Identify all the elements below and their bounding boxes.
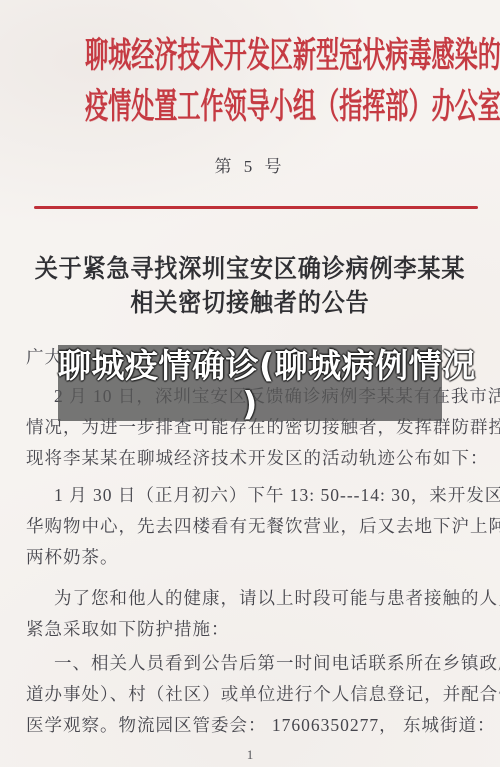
notice-title: 关于紧急寻找深圳宝安区确诊病例李某某 相关密切接触者的公告 [0,253,500,321]
caption-text-line-1: 聊城疫情确诊(聊城病例情况 [58,345,442,385]
body-line: 为了您和他人的健康，请以上时段可能与患者接触的人员， [26,583,476,614]
body-line: 华购物中心，先去四楼看有无餐饮营业，后又去地下沪上阿姨买 [26,511,476,542]
caption-text-line-2: ) [58,385,442,423]
paragraph-track-record: 1 月 30 日（正月初六）下午 13: 50---14: 30，来开发区振 华… [26,480,476,573]
letterhead-org-line-2: 疫情处置工作领导小组（指挥部）办公室 [85,81,415,132]
body-line: 两杯奶茶。 [26,542,476,573]
body-line: 现将李某某在聊城经济技术开发区的活动轨迹公布如下： [26,443,476,474]
page-number: 1 [0,747,500,763]
paragraph-measure-one: 一、相关人员看到公告后第一时间电话联系所在乡镇政府（街 道办事处）、村（社区）或… [26,648,476,741]
video-caption-overlay: 聊城疫情确诊(聊城病例情况 ) [58,345,442,421]
notice-title-line-2: 相关密切接触者的公告 [20,287,480,321]
letterhead-org-line-1: 聊城经济技术开发区新型冠状病毒感染的肺炎 [85,30,415,81]
body-line: 道办事处）、村（社区）或单位进行个人信息登记，并配合做好 [26,679,476,710]
official-document-photo: 聊城经济技术开发区新型冠状病毒感染的肺炎 疫情处置工作领导小组（指挥部）办公室 … [0,0,500,767]
body-line: 紧急采取如下防护措施： [26,614,476,645]
letterhead: 聊城经济技术开发区新型冠状病毒感染的肺炎 疫情处置工作领导小组（指挥部）办公室 [0,30,500,132]
body-line: 1 月 30 日（正月初六）下午 13: 50---14: 30，来开发区振 [26,480,476,511]
document-number: 第 5 号 [0,152,500,182]
notice-title-line-1: 关于紧急寻找深圳宝安区确诊病例李某某 [20,253,480,287]
paragraph-health-notice: 为了您和他人的健康，请以上时段可能与患者接触的人员， 紧急采取如下防护措施： [26,583,476,645]
body-line: 一、相关人员看到公告后第一时间电话联系所在乡镇政府（街 [26,648,476,679]
red-divider-rule [34,206,478,209]
body-line: 医学观察。物流园区管委会： 17606350277， 东城街道： [26,710,476,741]
